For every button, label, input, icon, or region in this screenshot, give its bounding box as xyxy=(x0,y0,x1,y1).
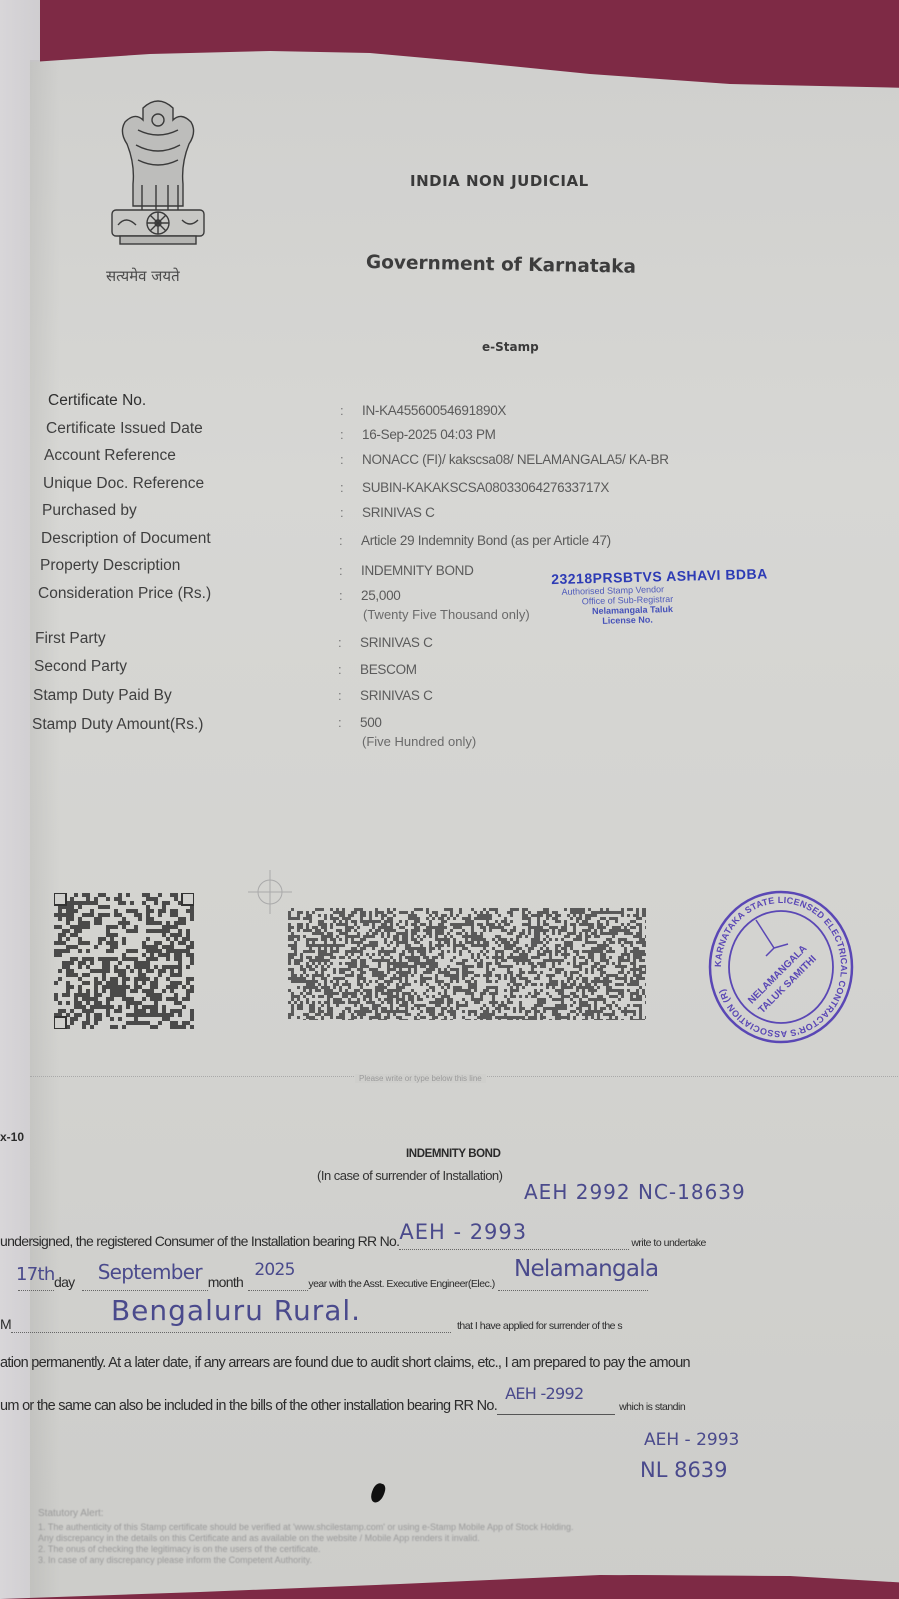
bond-line-1: undersigned, the registered Consumer of … xyxy=(0,1233,706,1250)
year-field[interactable]: 2025 xyxy=(248,1274,308,1291)
other-rr-number-field[interactable]: AEH -2992 xyxy=(497,1398,615,1415)
field-separator: : xyxy=(339,588,343,603)
month-field[interactable]: September xyxy=(82,1274,208,1291)
office-field[interactable]: Nelamangala xyxy=(498,1274,648,1291)
field-value: SRINIVAS C xyxy=(362,505,435,520)
bond-text: year with the Asst. Executive Engineer(E… xyxy=(308,1278,494,1290)
handwritten-day: 17th xyxy=(16,1264,55,1285)
bond-text: M xyxy=(0,1316,11,1332)
bond-line-5: um or the same can also be included in t… xyxy=(0,1398,685,1415)
form-number: x-10 xyxy=(0,1130,24,1144)
handwritten-district: Bengaluru Rural. xyxy=(111,1294,361,1327)
field-value: SUBIN-KAKAKSCSA0803306427633717X xyxy=(362,480,609,495)
field-separator: : xyxy=(338,715,342,730)
field-value: NONACC (FI)/ kakscsa08/ NELAMANGALA5/ KA… xyxy=(362,452,669,467)
district-field[interactable]: Bengaluru Rural. xyxy=(11,1316,451,1333)
handwritten-other-rr-no: AEH -2992 xyxy=(505,1384,583,1403)
ashoka-emblem-icon xyxy=(98,90,218,260)
field-value: SRINIVAS C xyxy=(360,635,433,650)
field-label: Certificate No. xyxy=(48,392,146,410)
handwritten-rr-no: AEH - 2993 xyxy=(399,1220,527,1244)
field-value: 25,000 xyxy=(361,588,401,603)
handwritten-office: Nelamangala xyxy=(514,1256,658,1282)
field-label: Consideration Price (Rs.) xyxy=(38,585,211,603)
bond-text: um or the same can also be included in t… xyxy=(0,1398,497,1414)
field-separator: : xyxy=(340,505,344,520)
field-label: Description of Document xyxy=(41,530,211,548)
bond-line-3: MBengaluru Rural. that I have applied fo… xyxy=(0,1316,622,1333)
emblem-motto: सत्यमेव जयते xyxy=(106,266,180,286)
bond-text: write to undertake xyxy=(631,1237,705,1249)
handwritten-rr-numbers: AEH 2992 NC-18639 xyxy=(524,1180,746,1204)
handwritten-year: 2025 xyxy=(254,1260,294,1280)
field-label: First Party xyxy=(35,630,106,648)
handwritten-rr-no-2: AEH - 2993 xyxy=(644,1430,739,1450)
association-seal: KARNATAKA STATE LICENSED ELECTRICAL CONT… xyxy=(706,888,856,1046)
statutory-alert-item: Any discrepancy in the details on this C… xyxy=(38,1533,738,1544)
field-value-words: (Five Hundred only) xyxy=(362,734,476,749)
handwritten-month: September xyxy=(98,1260,202,1284)
statutory-alert: Statutory Alert: 1. The authenticity of … xyxy=(38,1508,738,1566)
field-label: Certificate Issued Date xyxy=(46,420,203,438)
day-field[interactable]: 17th xyxy=(18,1274,54,1291)
crosshair-mark-icon xyxy=(248,870,292,914)
bond-text: that I have applied for surrender of the… xyxy=(457,1320,622,1332)
field-separator: : xyxy=(339,563,343,578)
field-value: SRINIVAS C xyxy=(360,688,433,703)
2d-barcode xyxy=(288,908,646,1020)
statutory-alert-items: 1. The authenticity of this Stamp certif… xyxy=(38,1522,738,1566)
field-value-words: (Twenty Five Thousand only) xyxy=(363,607,530,622)
bond-text: undersigned, the registered Consumer of … xyxy=(0,1233,399,1249)
field-label: Stamp Duty Amount(Rs.) xyxy=(32,716,203,734)
field-label: Unique Doc. Reference xyxy=(43,475,204,493)
field-separator: : xyxy=(338,635,342,650)
rr-number-field[interactable]: AEH - 2993 xyxy=(399,1233,629,1250)
statutory-alert-item: 3. In case of any discrepancy please inf… xyxy=(38,1555,738,1566)
field-label: Account Reference xyxy=(44,447,176,465)
field-value: INDEMNITY BOND xyxy=(361,563,474,578)
statutory-alert-item: 2. The onus of checking the legitimacy i… xyxy=(38,1544,738,1555)
field-separator: : xyxy=(338,688,342,703)
field-label: Second Party xyxy=(34,658,127,676)
bond-line-2: 17th day September month 2025 year with … xyxy=(18,1274,648,1291)
field-value: Article 29 Indemnity Bond (as per Articl… xyxy=(361,533,611,548)
bond-title: INDEMNITY BOND xyxy=(406,1148,501,1160)
bond-line-4: ation permanently. At a later date, if a… xyxy=(0,1355,690,1371)
document-heading: INDIA NON JUDICIAL xyxy=(410,172,589,190)
bond-text: month xyxy=(208,1274,243,1290)
bond-text: day xyxy=(54,1274,74,1290)
statutory-alert-heading: Statutory Alert: xyxy=(38,1508,738,1519)
field-value: 16-Sep-2025 04:03 PM xyxy=(362,427,496,442)
vendor-stamp: 23218PRSBTVS ASHAVI BDBA Authorised Stam… xyxy=(551,565,793,651)
field-separator: : xyxy=(338,662,342,677)
field-value: 500 xyxy=(360,715,382,730)
field-separator: : xyxy=(340,403,344,418)
field-value: IN-KA45560054691890X xyxy=(362,403,506,418)
handwritten-rr-no-3: NL 8639 xyxy=(640,1458,728,1482)
field-separator: : xyxy=(340,480,344,495)
field-separator: : xyxy=(340,452,344,467)
statutory-alert-item: 1. The authenticity of this Stamp certif… xyxy=(38,1522,738,1533)
field-separator: : xyxy=(340,427,344,442)
qr-code xyxy=(54,893,194,1029)
bond-subtitle: (In case of surrender of Installation) xyxy=(317,1168,503,1183)
estamp-label: e-Stamp xyxy=(482,340,539,354)
field-label: Purchased by xyxy=(42,502,137,520)
cut-line-instruction: Please write or type below this line xyxy=(355,1074,486,1083)
field-separator: : xyxy=(339,533,343,548)
field-label: Property Description xyxy=(40,557,180,575)
field-label: Stamp Duty Paid By xyxy=(33,687,172,705)
field-value: BESCOM xyxy=(360,662,417,677)
bond-text: which is standin xyxy=(619,1401,685,1413)
